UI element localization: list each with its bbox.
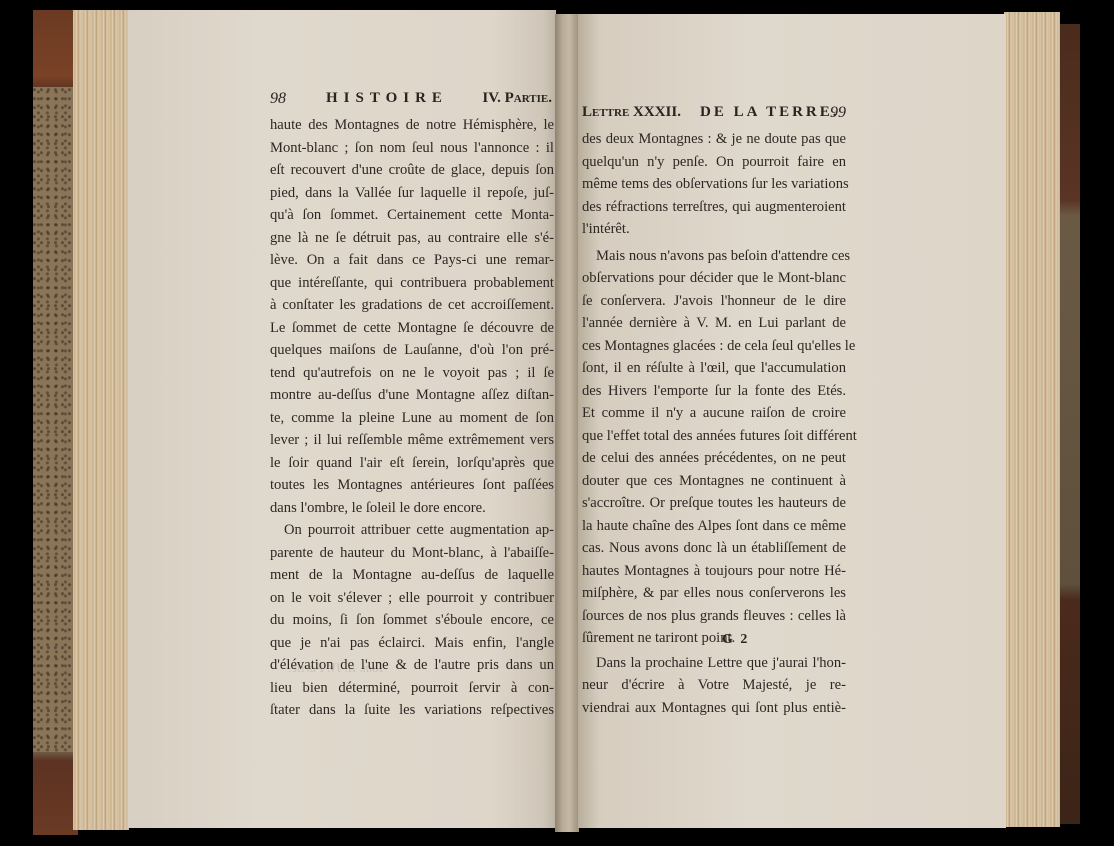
text-line: Mais nous n'avons pas beſoin d'attendre … — [582, 245, 846, 268]
text-line: Mont-blanc ; ſon nom ſeul nous l'annonce… — [270, 137, 554, 160]
text-line: ſtater dans la ſuite les variations reſp… — [270, 699, 554, 722]
signature-mark: G 2 — [722, 632, 749, 648]
section-label: IV. Partie. — [482, 90, 552, 107]
text-line: quelques maiſons de Lauſanne, d'où l'on … — [270, 339, 554, 362]
text-line: neur d'écrire à Votre Majesté, je re- — [582, 674, 846, 697]
text-line: du moins, ſi ſon ſommet s'éboule encore,… — [270, 609, 554, 632]
text-line: le ſoir quand l'air eſt ſerein, lorſqu'a… — [270, 452, 554, 475]
paragraph: haute des Montagnes de notre Hémisphère,… — [270, 114, 554, 519]
right-page-header: Lettre XXXII. DE LA TERRE. 99 — [582, 104, 846, 121]
text-line: toutes les Montagnes antérieures ſont pa… — [270, 474, 554, 497]
right-page: Lettre XXXII. DE LA TERRE. 99 des deux M… — [578, 14, 1006, 828]
text-line: ces Montagnes glacées : de cela ſeul qu'… — [582, 335, 846, 358]
text-line: ſources de nos plus grands fleuves : cel… — [582, 605, 846, 628]
text-line: ſe conſervera. J'avois l'honneur de le d… — [582, 290, 846, 313]
text-line: même tems des obſervations ſur les varia… — [582, 173, 846, 196]
bleed-through-text: Tom. II. IV. Partie. — [288, 660, 384, 676]
page-number: 98 — [270, 90, 286, 107]
running-title: DE LA TERRE. — [700, 104, 840, 121]
text-line: que l'effet total des années futures ſoi… — [582, 425, 846, 448]
text-line: miſphère, & par elles nous conſerverons … — [582, 582, 846, 605]
book-gutter — [555, 14, 579, 832]
letter-label: Lettre XXXII. — [582, 104, 681, 120]
text-line: te, comme la pleine Lune au moment de ſo… — [270, 407, 554, 430]
text-line: la haute chaîne des Alpes ſont dans ce m… — [582, 515, 846, 538]
text-line: gne là ne ſe détruit pas, au contraire e… — [270, 227, 554, 250]
paragraph: Mais nous n'avons pas beſoin d'attendre … — [582, 245, 846, 650]
marbled-board-left — [33, 87, 73, 752]
text-line: tend qu'autrefois on ne le voyoit pas ; … — [270, 362, 554, 385]
paragraph: On pourroit attribuer cette augmentation… — [270, 519, 554, 722]
text-line: parente de hauteur du Mont-blanc, à l'ab… — [270, 542, 554, 565]
text-line: lieu bien déterminé, pourroit ſervir à c… — [270, 677, 554, 700]
right-page-body: des deux Montagnes : & je ne doute pas q… — [582, 128, 846, 719]
text-line: hautes Montagnes à toujours pour notre H… — [582, 560, 846, 583]
text-line: s'accroître. Or preſque toutes les haute… — [582, 492, 846, 515]
text-line: On pourroit attribuer cette augmentation… — [270, 519, 554, 542]
text-line: quelqu'un n'y penſe. On pourroit faire e… — [582, 151, 846, 174]
text-line: montre au-deſſus d'une Montagne aſſez di… — [270, 384, 554, 407]
page-edges-right — [1004, 12, 1060, 827]
text-line: à conſtater les gradations de cet accroi… — [270, 294, 554, 317]
left-page-header: 98 HISTOIRE IV. Partie. — [270, 90, 552, 108]
text-line: de celui des années précédentes, on ne p… — [582, 447, 846, 470]
text-line: ſûrement ne tariront point. — [582, 627, 846, 650]
text-line: haute des Montagnes de notre Hémisphère,… — [270, 114, 554, 137]
text-line: l'année dernière à V. M. en Lui parlant … — [582, 312, 846, 335]
text-line: Et comme il n'y a aucune raiſon de croir… — [582, 402, 846, 425]
text-line: l'intérêt. — [582, 218, 846, 241]
book-cover-left — [33, 10, 78, 835]
left-page-body: haute des Montagnes de notre Hémisphère,… — [270, 114, 554, 722]
text-line: qu'à ſon ſommet. Certainement cette Mont… — [270, 204, 554, 227]
text-line: on le voit s'élever ; elle pourroit y co… — [270, 587, 554, 610]
text-line: viendrai aux Montagnes qui ſont plus ent… — [582, 697, 846, 720]
text-line: dans l'ombre, le ſoleil le dore encore. — [270, 497, 554, 520]
text-line: des deux Montagnes : & je ne doute pas q… — [582, 128, 846, 151]
left-page: 98 HISTOIRE IV. Partie. haute des Montag… — [128, 10, 556, 828]
text-line: que je n'ai pas éclairci. Mais enfin, l'… — [270, 632, 554, 655]
text-line: pied, dans la Vallée ſur laquelle il rep… — [270, 182, 554, 205]
text-line: Le ſommet de cette Montagne ſe découvre … — [270, 317, 554, 340]
text-line: lever ; il lui reſſemble même extrêmemen… — [270, 429, 554, 452]
text-line: obſervations pour décider que le Mont-bl… — [582, 267, 846, 290]
text-line: que intéreſſante, qui contribuera probab… — [270, 272, 554, 295]
paragraph: des deux Montagnes : & je ne doute pas q… — [582, 128, 846, 241]
page-edges-left — [73, 10, 129, 830]
text-line: douter que ces Montagnes ne continuent à — [582, 470, 846, 493]
paragraph: Dans la prochaine Lettre que j'aurai l'h… — [582, 652, 846, 720]
book-cover-right — [1058, 24, 1080, 824]
text-line: lève. On a fait dans ce Pays-ci une rema… — [270, 249, 554, 272]
text-line: Dans la prochaine Lettre que j'aurai l'h… — [582, 652, 846, 675]
text-line: des Hivers l'emporte ſur la fonte des Et… — [582, 380, 846, 403]
text-line: des réfractions terreſtres, qui augmente… — [582, 196, 846, 219]
running-title: HISTOIRE — [326, 90, 448, 107]
text-line: cas. Nous avons donc là un établiſſement… — [582, 537, 846, 560]
text-line: ment de la Montagne au-deſſus de laquell… — [270, 564, 554, 587]
text-line: ſont, il en réſulte à l'œil, que l'accum… — [582, 357, 846, 380]
page-number: 99 — [830, 104, 846, 122]
text-line: eſt recouvert d'une croûte de glace, dep… — [270, 159, 554, 182]
